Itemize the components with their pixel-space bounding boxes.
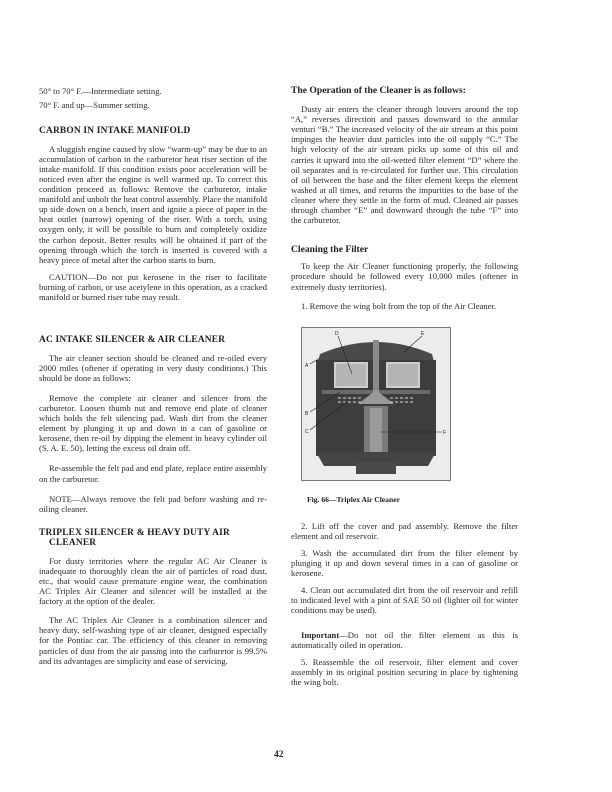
paragraph: For dusty territories where the regular …: [39, 556, 267, 606]
paragraph: A sluggish engine caused by slow “warm-u…: [39, 144, 267, 265]
important-lead: Important: [301, 630, 339, 640]
figure-caption: Fig. 66—Triplex Air Cleaner: [307, 495, 518, 505]
paragraph: Remove the complete air cleaner and sile…: [39, 393, 267, 454]
important-note: Important—Do not oil the filter element …: [291, 630, 518, 650]
paragraph: Re-assemble the felt pad and end plate, …: [39, 463, 267, 483]
page-number: 42: [274, 750, 284, 760]
heading-triplex: TRIPLEX SILENCER & HEAVY DUTY AIR CLEANE…: [39, 528, 267, 549]
heading-cleaning-filter: Cleaning the Filter: [291, 245, 518, 255]
step-4: 4. Clean out accumulated dirt from the o…: [291, 585, 518, 615]
paragraph: The AC Triplex Air Cleaner is a combinat…: [39, 615, 267, 665]
paragraph: Dusty air enters the cleaner through lou…: [291, 104, 518, 225]
caution-paragraph: CAUTION—Do not put kerosene in the riser…: [39, 272, 267, 302]
heading-silencer: AC INTAKE SILENCER & AIR CLEANER: [39, 335, 267, 346]
paragraph: The air cleaner section should be cleane…: [39, 353, 267, 383]
paragraph: To keep the Air Cleaner functioning prop…: [291, 261, 518, 291]
right-column: The Operation of the Cleaner is as follo…: [291, 86, 518, 694]
figure-triplex-air-cleaner: D E A B C F: [301, 327, 451, 481]
note-paragraph: NOTE—Always remove the felt pad before w…: [39, 494, 267, 514]
air-cleaner-cutaway-illustration: D E A B C F: [302, 328, 450, 480]
step-5: 5. Reassemble the oil reservoir, filter …: [291, 657, 518, 687]
step-1: 1. Remove the wing bolt from the top of …: [291, 301, 518, 311]
label-f: F: [443, 430, 446, 436]
heading-operation: The Operation of the Cleaner is as follo…: [291, 86, 518, 96]
step-2: 2. Lift off the cover and pad assembly. …: [291, 521, 518, 541]
setting-intermediate: 50° to 70° F.—Intermediate setting.: [39, 86, 267, 96]
heading-carbon: CARBON IN INTAKE MANIFOLD: [39, 126, 267, 137]
step-3: 3. Wash the accumulated dirt from the fi…: [291, 548, 518, 578]
setting-summer: 70° F. and up—Summer setting.: [39, 100, 267, 110]
label-d: D: [335, 331, 339, 337]
left-column: 50° to 70° F.—Intermediate setting. 70° …: [39, 86, 267, 673]
label-c: C: [305, 429, 309, 435]
